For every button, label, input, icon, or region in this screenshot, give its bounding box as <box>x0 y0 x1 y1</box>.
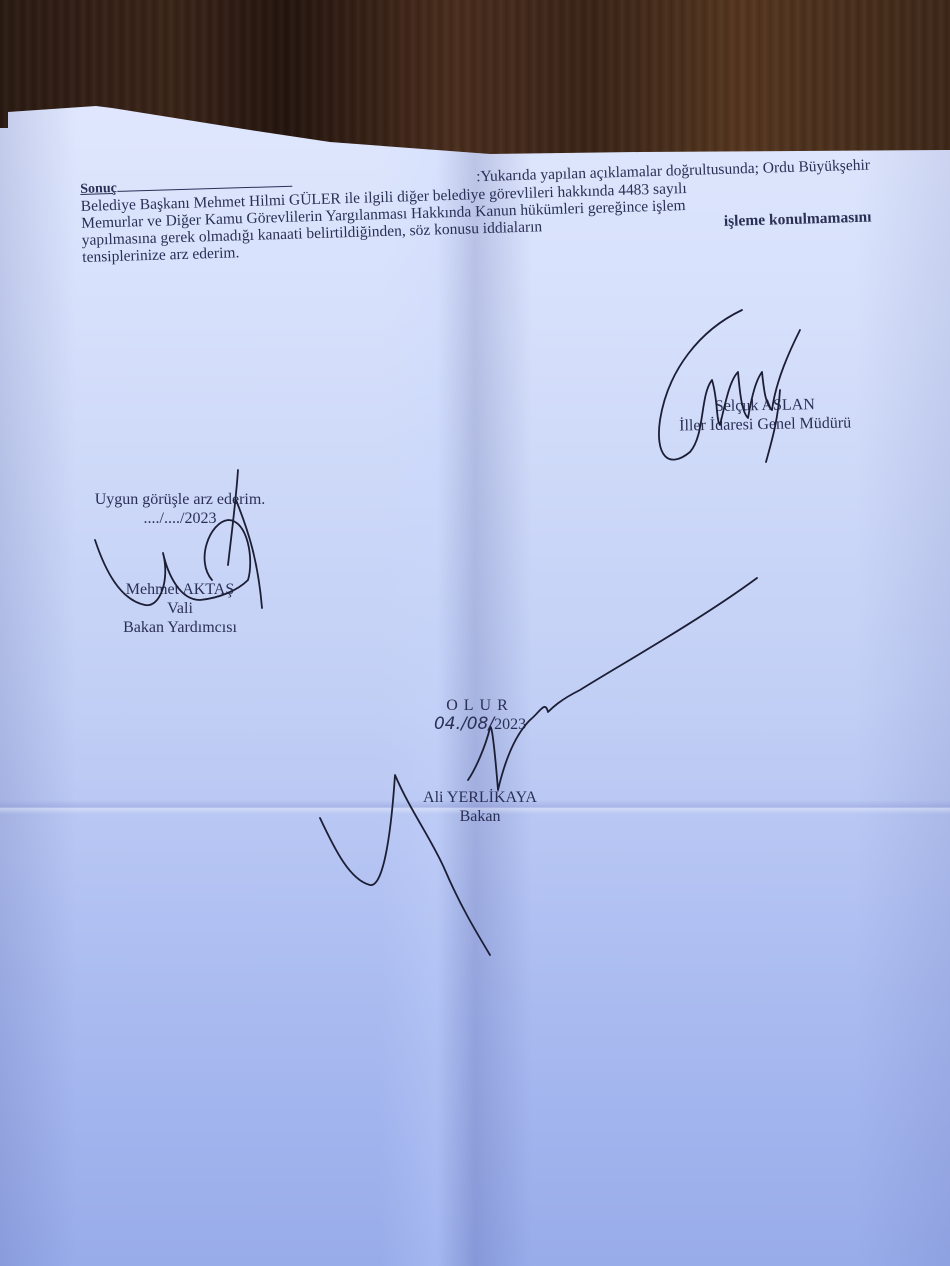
approval-date: 04./08/2023 <box>380 715 580 734</box>
date-year: 2023 <box>494 716 526 733</box>
signatory-title: Bakan <box>380 807 580 826</box>
blank-line <box>117 174 292 192</box>
approval-note: Uygun görüşle arz ederim. <box>60 490 300 509</box>
signatory-title: Vali <box>60 599 300 618</box>
paragraph-line-5: tensiplerinize arz ederim. <box>82 244 240 266</box>
signatory-name: Ali YERLİKAYA <box>380 788 580 807</box>
signatory-name: Mehmet AKTAŞ <box>60 580 300 599</box>
signatory-subtitle: Bakan Yardımcısı <box>60 618 300 637</box>
signatory-title: İller İdaresi Genel Müdürü <box>655 413 875 436</box>
document-body: Sonuç :Yukarıda yapılan açıklamalar doğr… <box>80 157 872 266</box>
signature-block-deputy-minister: Uygun görüşle arz ederim. ..../..../2023… <box>60 490 300 637</box>
section-label: Sonuç <box>80 181 117 197</box>
signature-aslan <box>659 310 800 462</box>
signature-block-general-director: Selçuk ASLAN İller İdaresi Genel Müdürü <box>655 394 876 436</box>
signature-block-minister: OLUR 04./08/2023 Ali YERLİKAYA Bakan <box>380 696 580 826</box>
paper-sheet: Sonuç :Yukarıda yapılan açıklamalar doğr… <box>0 0 950 1266</box>
date-field: ..../..../2023 <box>60 509 300 528</box>
handwritten-date: 04./08/ <box>434 714 494 734</box>
approval-header: OLUR <box>380 696 580 715</box>
